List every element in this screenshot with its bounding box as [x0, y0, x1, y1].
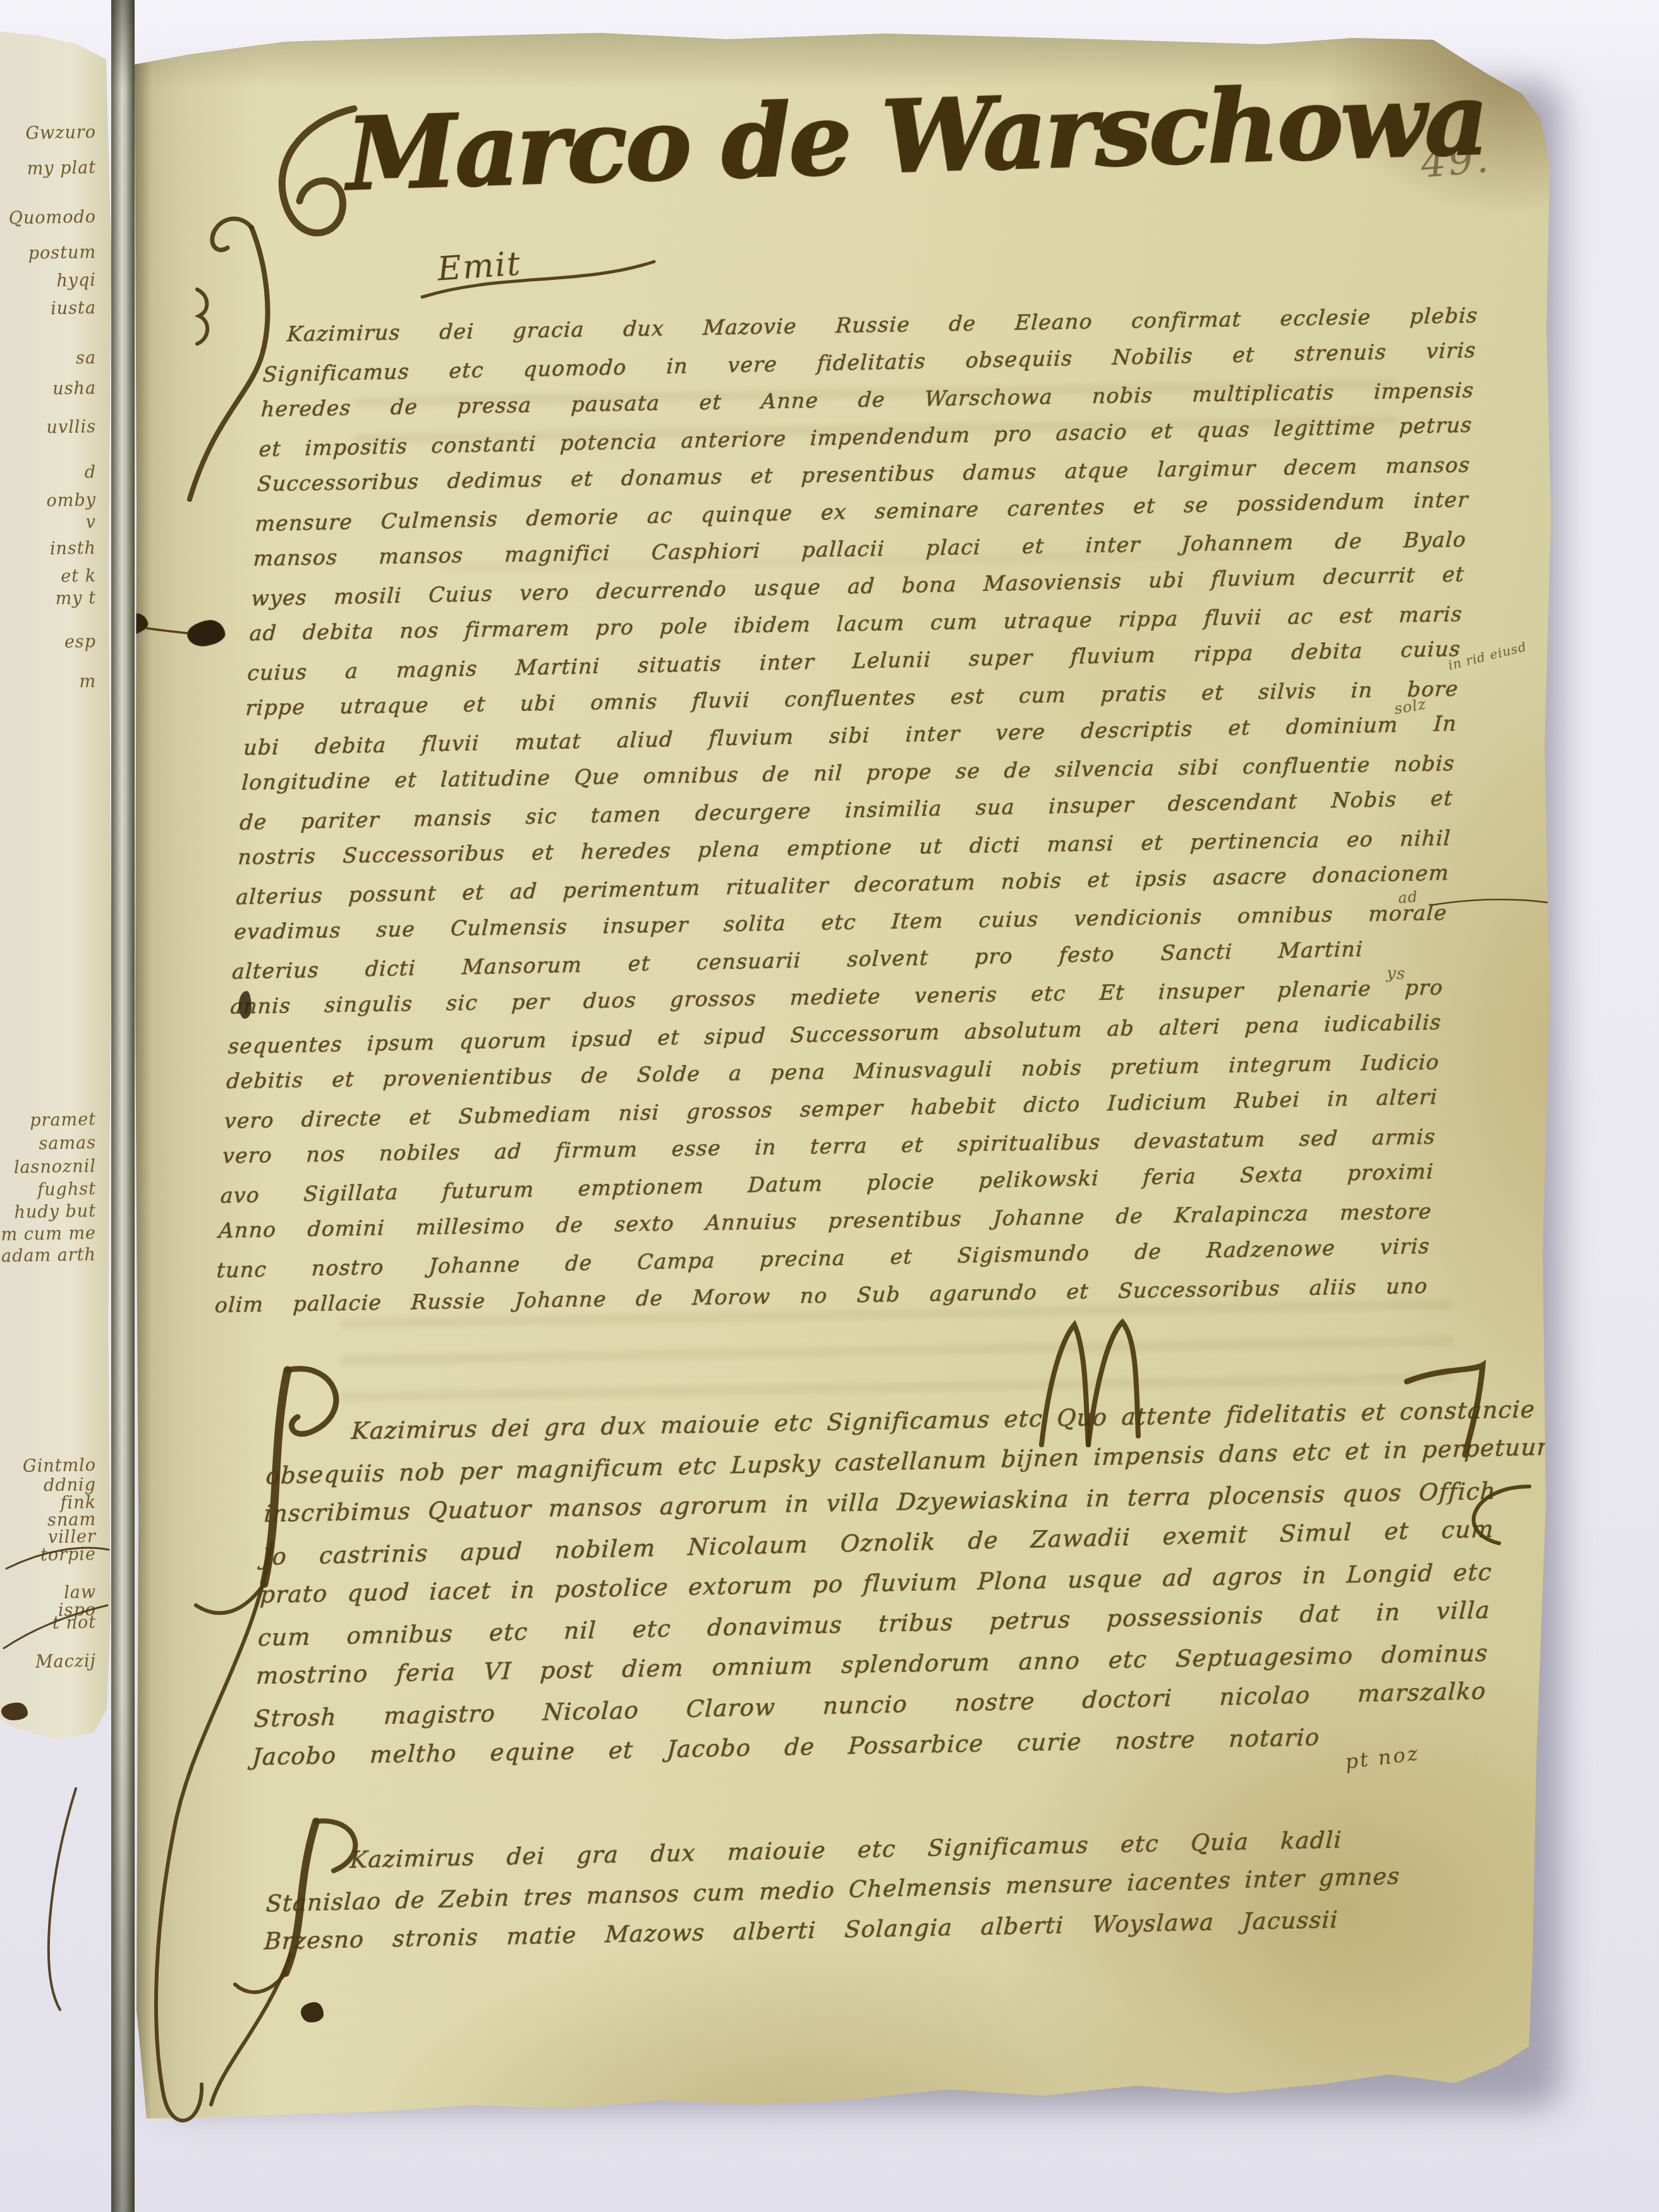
- manuscript-line: vero nos nobiles ad firmum esse in terra…: [222, 1124, 1437, 1169]
- manuscript-line: Kazimirus dei gra dux maiouie etc Signif…: [349, 1826, 1343, 1873]
- ink-blot: [301, 2002, 324, 2022]
- previous-page-fragment: Quomodo: [0, 207, 96, 229]
- manuscript-line: sequentes ipsum quorum ipsud et sipud Su…: [228, 1009, 1442, 1059]
- charter-paragraph-3: Kazimirus dei gra dux maiouie etc Signif…: [263, 1825, 1342, 1969]
- previous-page-fragment: uvllis: [0, 417, 96, 439]
- manuscript-line: wyes mosili Cuius vero decurrendo usque …: [251, 562, 1466, 611]
- manuscript-line: Anno domini millesimo de sexto Annuius p…: [218, 1199, 1433, 1243]
- previous-page-fragment: et k: [0, 566, 96, 588]
- manuscript-line: tunc nostro Johanne de Campa precina et …: [216, 1234, 1431, 1283]
- manuscript-line: longitudine et latitudine Que omnibus de…: [241, 751, 1456, 795]
- previous-page-fragment: pramet: [0, 1110, 96, 1132]
- manuscript-line: annis singulis sic per duos grossos medi…: [229, 975, 1444, 1019]
- margin-note: ys: [1386, 964, 1406, 983]
- manuscript-line: alterius dicti Mansorum et censuarii sol…: [231, 937, 1364, 984]
- manuscript-page: 49. Marco de Warschowa Emit Kazimirus de…: [0, 0, 1659, 2212]
- previous-page-fragment: lasnoznil: [0, 1157, 96, 1179]
- manuscript-line: heredes de pressa pausata et Anne de War…: [260, 377, 1475, 422]
- previous-page-fragment: adam arth: [0, 1245, 96, 1267]
- previous-page-fragment: t not: [0, 1613, 96, 1635]
- previous-page-fragment: Maczij: [0, 1651, 96, 1674]
- previous-page-fragment: omby: [0, 490, 96, 513]
- charter-paragraph-1: Kazimirus dei gracia dux Mazovie Russie …: [214, 301, 1479, 1332]
- previous-page-fragment: d: [0, 463, 96, 485]
- manuscript-line: Jacobo meltho equine et Jacobo de Possar…: [252, 1723, 1321, 1770]
- previous-page-fragment: my plat: [0, 158, 96, 180]
- previous-page-fragment: esp: [0, 632, 96, 654]
- previous-page-fragment: samas: [0, 1133, 96, 1155]
- manuscript-line: ad debita nos firmarem pro pole ibidem l…: [249, 602, 1464, 646]
- previous-page-fragment: sa: [0, 348, 96, 370]
- manuscript-line: evadimus sue Culmensis insuper solita et…: [233, 900, 1448, 944]
- manuscript-line: alterius possunt et ad perimentum ritual…: [235, 860, 1450, 909]
- previous-page-fragment: usha: [0, 379, 96, 401]
- manuscript-line: debitis et provenientibus de Solde a pen…: [226, 1049, 1440, 1093]
- heading-subtitle: Emit: [436, 245, 523, 288]
- previous-page-fragment: Gintmlo: [0, 1455, 96, 1478]
- manuscript-line: Successoribus dedimus et donamus et pres…: [257, 452, 1471, 496]
- manuscript-line: nostris Successoribus et heredes plena e…: [237, 825, 1452, 870]
- previous-page-fragment: hudy but: [0, 1201, 96, 1224]
- manuscript-line: avo Sigillata futurum emptionem Datum pl…: [220, 1159, 1435, 1208]
- previous-page-fragment: postum: [0, 243, 96, 265]
- previous-page-edge: Gwzuromy platQuomodopostumhyqiiustasaush…: [0, 0, 126, 1757]
- previous-page-fragment: iusta: [0, 298, 96, 320]
- previous-page-fragment: insth: [0, 538, 96, 561]
- manuscript-line: mensure Culmensis demorie ac quinque ex …: [255, 487, 1469, 536]
- previous-page-fragment: v: [0, 513, 96, 535]
- manuscript-line: vero directe et Submediam nisi grossos s…: [224, 1085, 1438, 1134]
- manuscript-line: cuius a magnis Martini situatis inter Le…: [247, 636, 1462, 686]
- previous-page-fragment: hyqi: [0, 270, 96, 293]
- manuscript-line: Significamus etc quomodo in vere fidelit…: [262, 337, 1477, 387]
- manuscript-line: Kazimirus dei gracia dux Mazovie Russie …: [286, 303, 1479, 346]
- manuscript-line: et impositis constanti potencia anterior…: [258, 412, 1473, 461]
- previous-page-fragment: torpie: [0, 1545, 96, 1567]
- book-cradle-rod: [111, 0, 135, 2212]
- manuscript-photo: Gwzuromy platQuomodopostumhyqiiustasaush…: [0, 0, 1659, 2212]
- manuscript-line: de pariter mansis sic tamen decurgere in…: [239, 786, 1454, 835]
- ink-smear: [239, 991, 252, 1019]
- manuscript-line: rippe utraque et ubi omnis fluvii conflu…: [245, 676, 1460, 720]
- previous-page-fragment: fughst: [0, 1179, 96, 1201]
- previous-page-fragment: Gwzuro: [0, 123, 96, 145]
- manuscript-line: ubi debita fluvii mutat aliud fluvium si…: [243, 711, 1457, 760]
- gutter-shadow: [133, 51, 152, 2130]
- ink-blot: [186, 618, 227, 648]
- previous-page-fragment: m: [0, 672, 96, 694]
- previous-page-fragment: my t: [0, 588, 96, 611]
- manuscript-line: mansos mansos magnifici Casphiori pallac…: [253, 527, 1468, 571]
- pen-flourish: [49, 1789, 76, 2010]
- manuscript-line: olim pallacie Russie Johanne de Morow no…: [214, 1273, 1429, 1318]
- previous-page-fragment: am cum me: [0, 1224, 96, 1246]
- ink-blot: [1, 1703, 28, 1720]
- heading-title: Marco de Warschowa: [344, 66, 1334, 214]
- charter-paragraph-2: Kazimirus dei gra dux maiouie etc Signif…: [251, 1395, 1501, 1785]
- margin-note: ad: [1397, 888, 1419, 908]
